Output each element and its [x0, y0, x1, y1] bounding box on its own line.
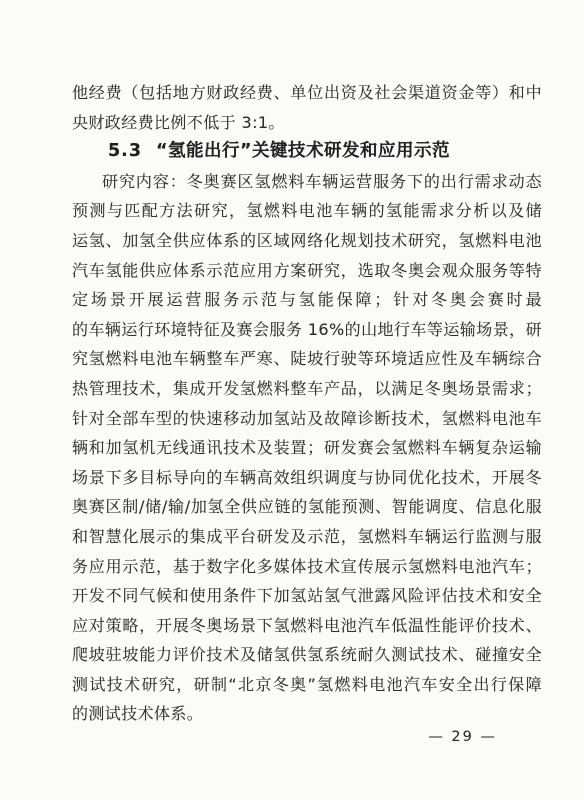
body-text-line: 开发不同气候和使用条件下加氢站氢气泄露风险评估技术和安全	[72, 581, 542, 611]
document-page: 他经费（包括地方财政经费、单位出资及社会渠道资金等）和中央财政经费比例不低于 3…	[0, 0, 584, 800]
body-text-line: 研究内容：冬奥赛区氢燃料车辆运营服务下的出行需求动态	[72, 167, 542, 197]
body-text-line: 热管理技术，集成开发氢燃料整车产品，以满足冬奥场景需求；	[72, 374, 542, 404]
body-text-line: 央财政经费比例不低于 3:1。	[72, 108, 542, 138]
body-text-line: 运氢、加氢全供应体系的区域网络化规划技术研究，氢燃料电池	[72, 226, 542, 256]
body-text-line: 的测试技术体系。	[72, 699, 542, 729]
body-text-line: 他经费（包括地方财政经费、单位出资及社会渠道资金等）和中	[72, 78, 542, 108]
body-text-line: 的车辆运行环境特征及赛会服务 16%的山地行车等运输场景，研	[72, 315, 542, 345]
section-number: 5.3	[108, 141, 142, 161]
body-text-line: 爬坡驻坡能力评价技术及储氢供氢系统耐久测试技术、碰撞安全	[72, 640, 542, 670]
body-text-line: 究氢燃料电池车辆整车严寒、陡坡行驶等环境适应性及车辆综合	[72, 344, 542, 374]
body-text-line: 定场景开展运营服务示范与氢能保障；针对冬奥会赛时最低-35℃	[72, 285, 542, 315]
body-text-line: 场景下多目标导向的车辆高效组织调度与协同优化技术，开展冬	[72, 463, 542, 493]
paragraph-funding-continuation: 他经费（包括地方财政经费、单位出资及社会渠道资金等）和中央财政经费比例不低于 3…	[72, 78, 542, 137]
body-text-line: 务应用示范，基于数字化多媒体技术宣传展示氢燃料电池汽车；	[72, 552, 542, 582]
body-text-line: 应对策略，开展冬奥场景下氢燃料电池汽车低温性能评价技术、	[72, 611, 542, 641]
body-text-line: 奥赛区制/储/输/加氢全供应链的氢能预测、智能调度、信息化服务	[72, 492, 542, 522]
section-heading: 5.3“氢能出行”关键技术研发和应用示范	[72, 137, 542, 167]
body-text-line: 和智慧化展示的集成平台研发及示范，氢燃料车辆运行监测与服	[72, 522, 542, 552]
body-text-line: 针对全部车型的快速移动加氢站及故障诊断技术，氢燃料电池车	[72, 404, 542, 434]
body-text-line: 预测与匹配方法研究，氢燃料电池车辆的氢能需求分析以及储氢、	[72, 196, 542, 226]
paragraph-research-content: 研究内容：冬奥赛区氢燃料车辆运营服务下的出行需求动态预测与匹配方法研究，氢燃料电…	[72, 167, 542, 729]
body-text-line: 辆和加氢机无线通讯技术及装置；研发赛会氢燃料车辆复杂运输	[72, 433, 542, 463]
section-title: “氢能出行”关键技术研发和应用示范	[156, 141, 450, 161]
page-number: — 29 —	[428, 729, 497, 745]
body-text-line: 测试技术研究，研制“北京冬奥”氢燃料电池汽车安全出行保障	[72, 670, 542, 700]
body-text-line: 汽车氢能供应体系示范应用方案研究，选取冬奥会观众服务等特	[72, 256, 542, 286]
document-text-block: 他经费（包括地方财政经费、单位出资及社会渠道资金等）和中央财政经费比例不低于 3…	[72, 78, 542, 729]
